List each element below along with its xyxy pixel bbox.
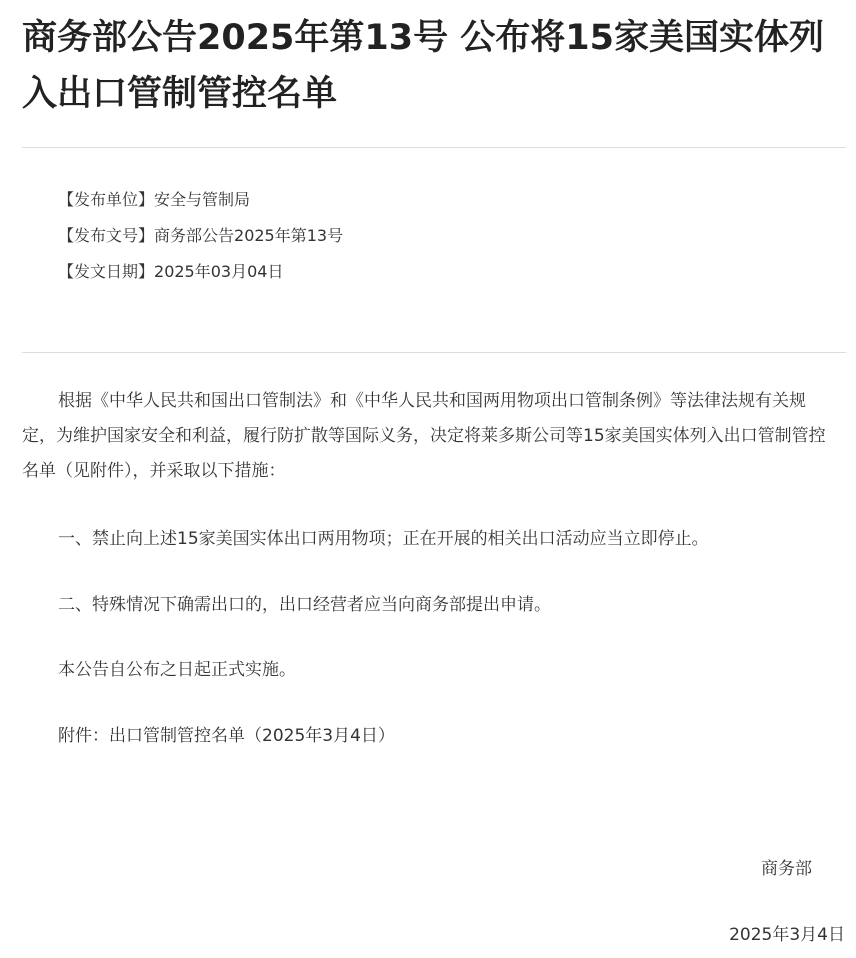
effective-statement: 本公告自公布之日起正式实施。	[58, 655, 296, 685]
title-divider	[22, 147, 846, 148]
measure-1: 一、禁止向上述15家美国实体出口两用物项；正在开展的相关出口活动应当立即停止。	[58, 524, 709, 554]
meta-issue-date-value: 2025年03月04日	[154, 262, 283, 281]
signature-date: 2025年3月4日	[729, 920, 845, 950]
signature-ministry: 商务部	[761, 854, 812, 884]
article-meta: 【发布单位】安全与管制局 【发布文号】商务部公告2025年第13号 【发文日期】…	[58, 182, 343, 290]
article-title: 商务部公告2025年第13号 公布将15家美国实体列入出口管制管控名单	[22, 10, 842, 122]
meta-issue-date: 【发文日期】2025年03月04日	[58, 254, 343, 290]
meta-divider	[22, 352, 846, 353]
article-body: 根据《中华人民共和国出口管制法》和《中华人民共和国两用物项出口管制条例》等法律法…	[22, 384, 838, 489]
meta-publisher: 【发布单位】安全与管制局	[58, 182, 343, 218]
intro-paragraph: 根据《中华人民共和国出口管制法》和《中华人民共和国两用物项出口管制条例》等法律法…	[22, 384, 838, 489]
measure-2: 二、特殊情况下确需出口的，出口经营者应当向商务部提出申请。	[58, 590, 551, 620]
meta-document-number-label: 【发布文号】	[58, 226, 154, 245]
meta-publisher-label: 【发布单位】	[58, 190, 154, 209]
meta-document-number: 【发布文号】商务部公告2025年第13号	[58, 218, 343, 254]
meta-issue-date-label: 【发文日期】	[58, 262, 154, 281]
meta-document-number-value: 商务部公告2025年第13号	[154, 226, 343, 245]
meta-publisher-value: 安全与管制局	[154, 190, 250, 209]
attachment-link[interactable]: 附件：出口管制管控名单（2025年3月4日）	[58, 721, 395, 751]
